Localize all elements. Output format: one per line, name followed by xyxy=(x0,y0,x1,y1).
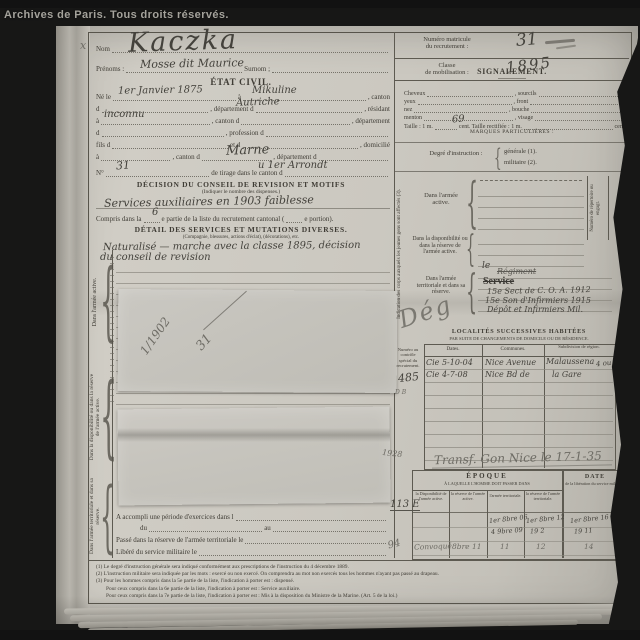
terr-entry-le: le xyxy=(482,262,490,271)
footnote-3: (3) Pour les hommes compris dans la 5e p… xyxy=(96,578,624,585)
localites-r2-commune: Nice Bd de xyxy=(485,371,530,379)
localites-r2-subdiv: la Gare xyxy=(552,371,582,379)
epoque-r2-c4: 19 2 xyxy=(530,528,545,535)
blank-line xyxy=(236,512,387,521)
decision-value: Services auxiliaires en 1903 faiblesse xyxy=(104,194,314,209)
epoque-title: ÉPOQUE xyxy=(412,473,562,480)
line-label: , canton d xyxy=(212,118,239,125)
epoque-r3-c2: 8bre 11 xyxy=(452,543,482,551)
epoque-r3-date: 14 xyxy=(584,543,594,551)
blank-line xyxy=(245,535,386,544)
bloc-terr-brace: { xyxy=(466,268,477,314)
margin-note-113E: 113 E xyxy=(390,500,420,511)
localites-subtitle: PAR SUITE DE CHANGEMENTS DE DOMICILE OU … xyxy=(412,337,626,342)
signalement-flourish xyxy=(498,78,526,79)
archive-watermark: Archives de Paris. Tous droits réservés. xyxy=(4,9,229,21)
margin-brace-2: { xyxy=(100,372,117,462)
degre-generale: générale (1). xyxy=(504,149,537,156)
footnotes-block: (1) Le degré d'instruction générale sera… xyxy=(96,564,624,600)
etat-line-4: d , profession d xyxy=(96,128,390,137)
prenoms-value: Mosse dit Maurice xyxy=(140,57,244,70)
patch-2-crease xyxy=(118,428,390,442)
blank-line xyxy=(149,523,262,532)
line-label: au xyxy=(264,525,271,532)
line-label: , département xyxy=(352,118,390,125)
matricule-label-2: du recrutement : xyxy=(426,43,469,50)
rule-above-degre xyxy=(395,142,629,143)
localites-title: LOCALITÉS SUCCESSIVES HABITÉES xyxy=(412,329,626,336)
epoque-r3-c4: 12 xyxy=(536,543,546,551)
top-black-bar xyxy=(0,0,640,8)
blank-line xyxy=(102,128,224,137)
line-label: N° xyxy=(96,170,104,177)
matricule-label: Numéro matricule du recrutement : xyxy=(404,36,490,51)
localites-header-dates: Dates. xyxy=(424,347,482,352)
bloc-active-brace: { xyxy=(466,176,478,230)
surnom-label: Surnom ; xyxy=(244,66,270,73)
controle-value: 485 xyxy=(397,371,419,384)
terr-entry-4: 15e Son d'Infirmiers 1915 xyxy=(485,297,591,305)
line-label: , profession d xyxy=(226,130,264,137)
degre-label: Degré d'instruction : xyxy=(428,150,484,157)
blank-line xyxy=(266,128,388,137)
birth-date-value: 1er Janvier 1875 xyxy=(118,85,203,96)
line-label: à xyxy=(96,154,99,161)
line-label: A accompli une période d'exercices dans … xyxy=(116,514,234,521)
line-label: Compris dans la xyxy=(96,216,142,223)
epoque-subtitle: À LAQUELLE L'HOMME DOIT PASSER DANS xyxy=(412,482,562,486)
db-note: D B xyxy=(395,390,406,396)
blank-line xyxy=(272,64,388,73)
bloc-dispo-lines xyxy=(478,234,584,267)
canton-value: Marne xyxy=(226,143,270,158)
bloc-active-lines xyxy=(478,186,584,230)
degre-brace: { xyxy=(494,146,502,170)
blank-line xyxy=(424,112,513,121)
line-label: Passé dans la réserve de l'armée territo… xyxy=(116,537,243,544)
bloc-dispo-brace: { xyxy=(466,232,475,268)
blank-line xyxy=(101,152,170,161)
line-label: , canton d xyxy=(172,154,199,161)
footnote-top-rule xyxy=(88,560,630,561)
line-label: , canton xyxy=(368,94,390,101)
detail-title: DÉTAIL DES SERVICES ET MUTATIONS DIVERSE… xyxy=(96,226,386,234)
decision-title: DÉCISION DU CONSEIL DE REVISION ET MOTIF… xyxy=(96,181,386,189)
terr-entry-5: Dépôt et Infirmiers Mil. xyxy=(487,306,583,314)
localites-header-subdivision: Subdivision de région. xyxy=(544,345,614,350)
blank-line xyxy=(319,152,388,161)
degre-militaire: militaire (2). xyxy=(504,160,537,167)
blank-line xyxy=(286,214,302,223)
blank-line xyxy=(535,112,624,121)
tirage-number: 31 xyxy=(116,160,131,172)
rule-under-classe xyxy=(395,80,629,81)
blank-line xyxy=(199,547,386,556)
nom-value: Kaczka xyxy=(128,26,239,57)
blank-line xyxy=(112,140,228,149)
corner-x-mark: x xyxy=(80,40,86,51)
spine-fold xyxy=(56,26,90,624)
terr-entry-1: Régiment xyxy=(497,268,536,276)
taille-value: 69 xyxy=(452,115,465,126)
passe-reserve-line: Passé dans la réserve de l'armée territo… xyxy=(116,535,388,544)
epoque-r2-date: 19 11 xyxy=(574,527,593,535)
bloc-dispo-label: Dans la disponibilité ou dans la réserve… xyxy=(412,236,468,256)
line-label: , domicilié xyxy=(360,142,390,149)
birth-place-value: Mikuline xyxy=(252,86,297,96)
line-label: e partie de la liste du recrutement cant… xyxy=(162,216,285,223)
epoque-col-2: la réserve de l'armée active. xyxy=(450,492,486,502)
epoque-col-4: la réserve de l'armée territoriale. xyxy=(525,492,561,502)
line-label: Libéré du service militaire le xyxy=(116,549,197,556)
scanned-register-photo: Archives de Paris. Tous droits réservés.… xyxy=(0,0,640,640)
footnote-5: Pour ceux compris dans la 7e partie de l… xyxy=(96,593,624,600)
terr-entry-2: Service xyxy=(483,276,514,287)
margin-brace-1: { xyxy=(100,258,116,344)
line-label: e portion). xyxy=(304,216,333,223)
prenoms-label: Prénoms : xyxy=(96,66,124,73)
tirage-line: N° de tirage dans le canton d xyxy=(96,168,390,177)
repertoire-rotated-label: Numéro de répertoire ou engagt. xyxy=(590,178,601,238)
margin-label-armee-active: Dans l'armée active. xyxy=(92,259,98,345)
decision-underline xyxy=(96,208,390,209)
margin-brace-3: { xyxy=(100,478,115,556)
compris-value: 6 xyxy=(152,208,158,218)
nom-label: Nom xyxy=(96,46,110,53)
tirage-canton-value: u 1er Arrondt xyxy=(258,161,328,171)
footnote-4: Pour ceux compris dans la 6e partie de l… xyxy=(96,586,624,593)
du-au-line: du au xyxy=(140,523,388,532)
departement-value: Autriche xyxy=(236,97,280,109)
line-label: d xyxy=(96,106,100,113)
signalement-title: SIGNALEMENT. xyxy=(398,68,626,76)
matricule-label-1: Numéro matricule xyxy=(423,36,470,43)
line-label: à xyxy=(96,118,99,125)
line-label: fils d xyxy=(96,142,110,149)
localites-r1-date: Cie 5-10-04 xyxy=(426,359,473,367)
blank-line xyxy=(241,116,350,125)
libere-line: Libéré du service militaire le xyxy=(116,547,388,556)
epoque-r3-c1: Convoqué xyxy=(414,542,452,551)
controle-label: Numéro au contrôle spécial du recrutemen… xyxy=(394,347,422,368)
rule-below-degre xyxy=(395,171,629,172)
epoque-col-3: l'armée territoriale. xyxy=(488,494,523,499)
sig-row-4: menton , visage xyxy=(404,112,626,121)
localites-header-communes: Communes. xyxy=(482,347,544,352)
bloc-active-label: Dans l'armée active. xyxy=(416,192,466,207)
localites-r1-commune: Nice Avenue xyxy=(485,359,536,367)
residence-value: inconnu xyxy=(104,110,145,120)
line-label: d xyxy=(96,130,100,137)
localites-r2-date: Cie 4-7-08 xyxy=(426,371,468,379)
blank-line xyxy=(273,523,386,532)
line-label: du xyxy=(140,525,147,532)
accompli-line: A accompli une période d'exercices dans … xyxy=(116,512,388,521)
localites-r1-subdiv: Malaussena xyxy=(546,358,594,366)
marques-label: MARQUES PARTICULIÈRES : xyxy=(398,130,626,136)
matricule-value: 31 xyxy=(515,31,538,50)
line-label: Né le xyxy=(96,94,111,101)
bloc-active-dashed xyxy=(480,180,582,181)
compris-line: Compris dans la e partie de la liste du … xyxy=(96,214,390,223)
epoque-r3-c3: 11 xyxy=(500,543,510,551)
bottom-black-bar xyxy=(0,630,640,640)
pasted-paper-patch-2 xyxy=(118,407,391,506)
line-label: , résidant xyxy=(364,106,390,113)
